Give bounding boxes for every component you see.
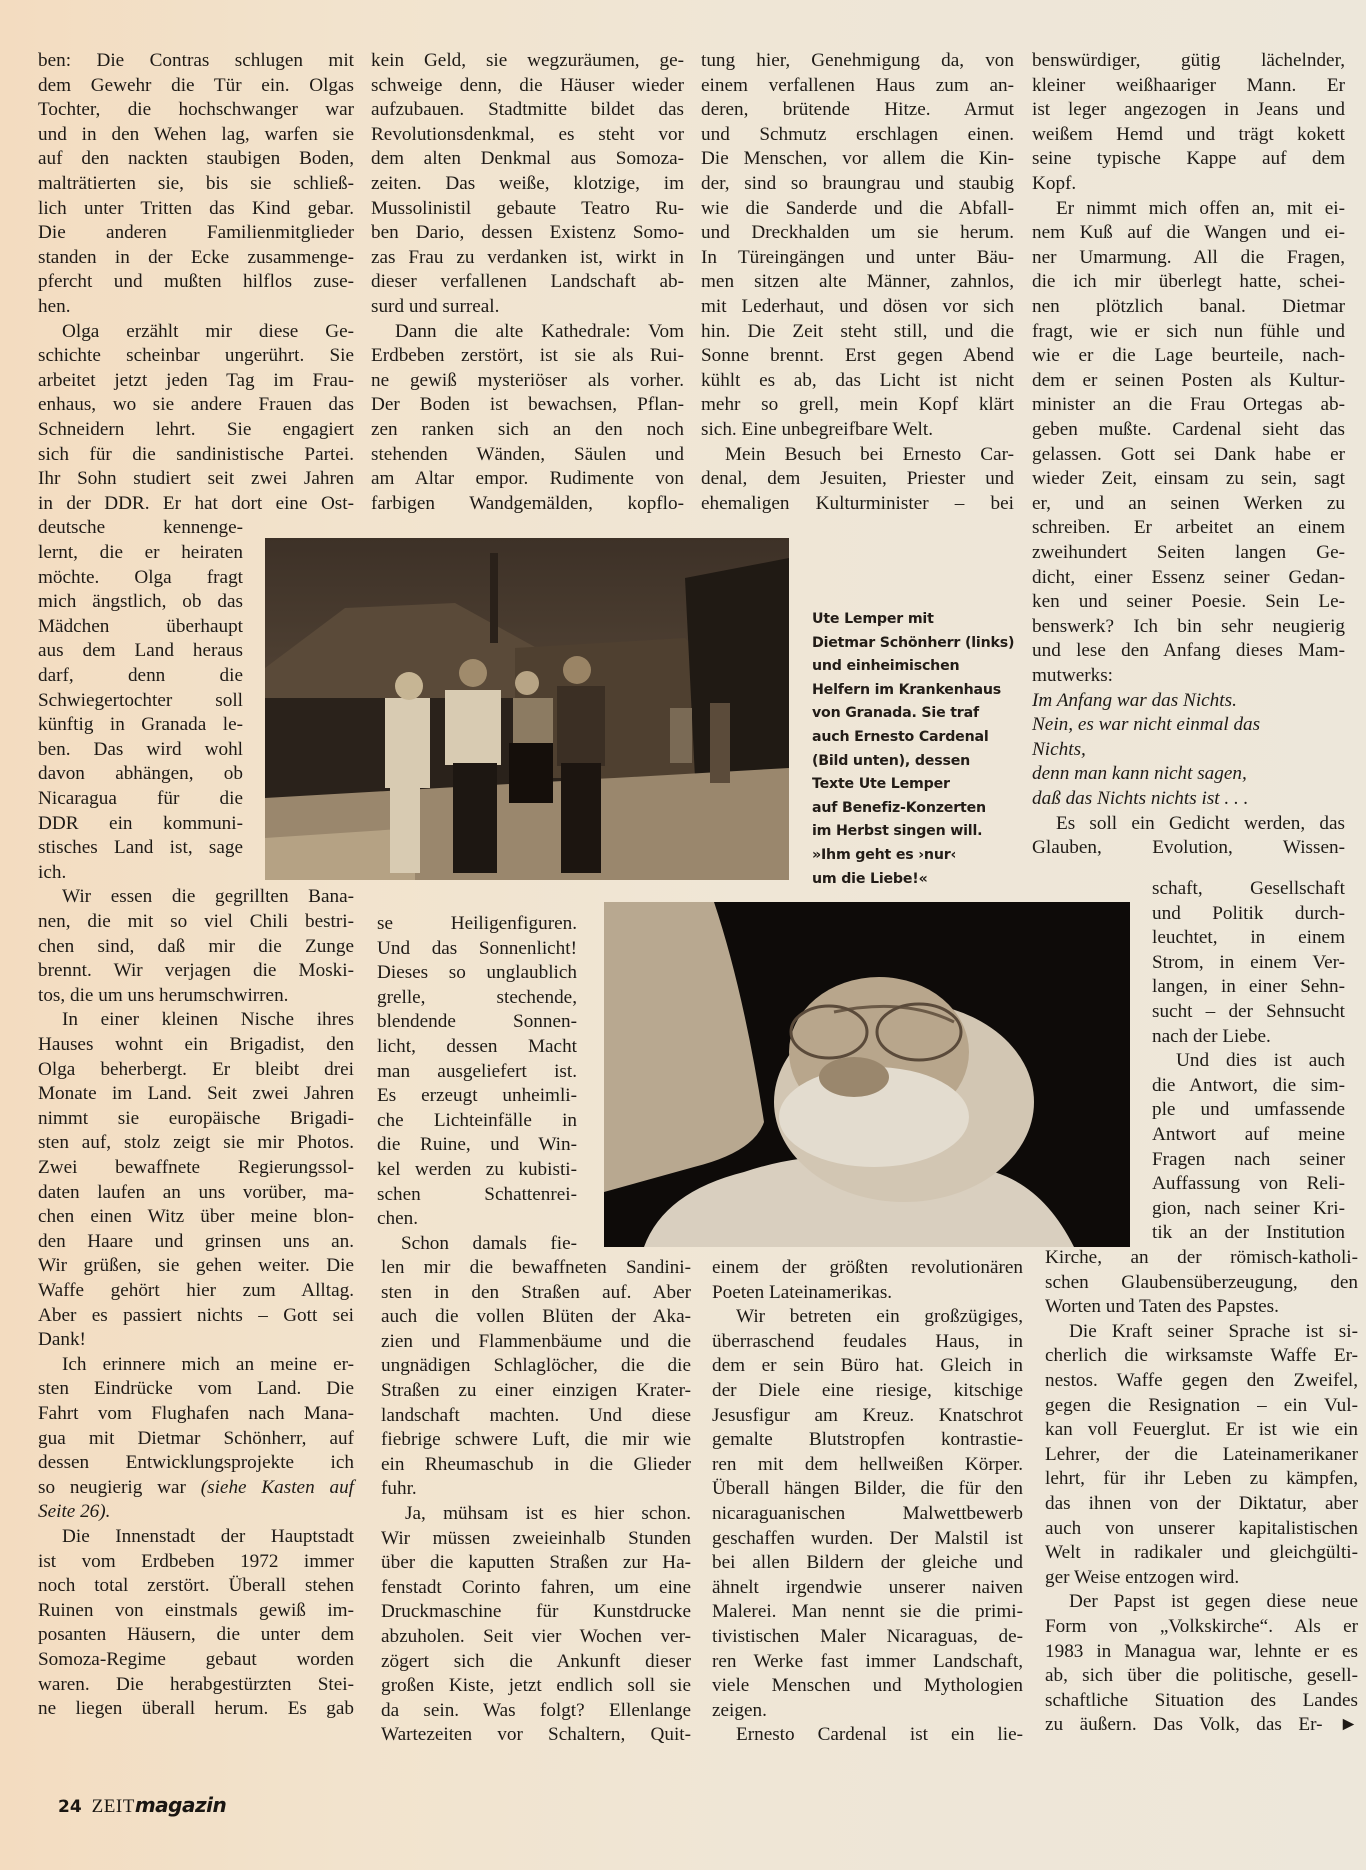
caption-line: Ute Lemper mit: [812, 608, 1027, 632]
text-line: mehr so grell, mein Kopf klärt: [701, 393, 1014, 418]
text-line: gion, nach seiner Kri-: [1152, 1197, 1345, 1222]
text-line: Mein Besuch bei Ernesto Car-: [725, 443, 1014, 468]
text-line: Wir müssen zweieinhalb Stunden: [381, 1527, 691, 1552]
text-line: Somoza-Regime gebaut worden: [38, 1648, 354, 1673]
text-line: In Türeingängen und unter Bäu-: [701, 246, 1014, 271]
text-line: Ernesto Cardenal ist ein lie-: [736, 1723, 1023, 1748]
text-line: Nein, es war nicht einmal das: [1032, 713, 1345, 738]
brand-magazin: magazin: [135, 1793, 226, 1817]
caption-line: (Bild unten), dessen: [812, 750, 1027, 774]
text-line: zu äußern. Das Volk, das Er- ►: [1045, 1713, 1358, 1738]
caption-line: auf Benefiz-Konzerten: [812, 797, 1027, 821]
text-line: das ihnen von der Diktatur, aber: [1045, 1492, 1358, 1517]
text-line: Fragen nach seiner: [1152, 1148, 1345, 1173]
text-line: viele Menschen und Mythologien: [712, 1674, 1023, 1699]
text-line: Olga beherbergt. Er bleibt drei: [38, 1058, 354, 1083]
text-line: chen.: [377, 1207, 577, 1232]
text-line: ist leger angezogen in Jeans und: [1032, 98, 1345, 123]
text-line: dem Gewehr die Tür ein. Olgas: [38, 74, 354, 99]
text-line: ab, sich über die politische, gesell-: [1045, 1664, 1358, 1689]
text-line: auf den nackten staubigen Boden,: [38, 147, 354, 172]
text-line: Jesusfigur am Kreuz. Knatschrot: [712, 1404, 1023, 1429]
text-line: geschaffen wurden. Der Malstil ist: [712, 1527, 1023, 1552]
text-line: Monate im Land. Seit zwei Jahren: [38, 1082, 354, 1107]
text-line: Er nimmt mich offen an, mit ei-: [1056, 197, 1345, 222]
text-line: In einer kleinen Nische ihres: [62, 1008, 354, 1033]
text-line: schreiben. Er arbeitet an einem: [1032, 516, 1345, 541]
caption-line: im Herbst singen will.: [812, 820, 1027, 844]
text-line: so neugierig war (siehe Kasten auf: [38, 1476, 354, 1501]
caption-line: auch Ernesto Cardenal: [812, 726, 1027, 750]
text-line: Dann die alte Kathedrale: Vom: [395, 320, 684, 345]
text-line: Wir essen die gegrillten Bana-: [62, 885, 354, 910]
text-line: sten in den Straßen auf. Aber: [381, 1281, 691, 1306]
text-line: auch die vollen Blüten der Aka-: [381, 1305, 691, 1330]
text-line: zeiten. Das weiße, klotzige, im: [371, 172, 684, 197]
text-line: Schneidern lehrt. Sie engagiert: [38, 418, 354, 443]
text-line: Im Anfang war das Nichts.: [1032, 689, 1345, 714]
text-line: farbigen Wandgemälden, kopflo-: [371, 492, 684, 517]
text-line: zien und Flammenbäume und die: [381, 1330, 691, 1355]
text-line: Schon damals fie-: [401, 1232, 577, 1257]
text-line: nestos. Waffe gegen den Zweifel,: [1045, 1369, 1358, 1394]
text-line: am Altar empor. Rudimente von: [371, 467, 684, 492]
text-line: großen Kiste, jetzt endlich soll sie: [381, 1674, 691, 1699]
text-line: nem Kuß auf die Wangen und ei-: [1032, 221, 1345, 246]
text-line: Aber es passiert nichts – Gott sei: [38, 1304, 354, 1329]
text-line: malträtierten sie, bis sie schließ-: [38, 172, 354, 197]
text-line: chen sind, daß mir die Zunge: [38, 935, 354, 960]
text-line: daten laufen an uns vorüber, ma-: [38, 1181, 354, 1206]
text-line: Ruinen von einstmals gewiß im-: [38, 1599, 354, 1624]
text-line: Ja, mühsam ist es hier schon.: [405, 1502, 691, 1527]
text-line: Dank!: [38, 1328, 354, 1353]
text-line: zögert sich die Ankunft dieser: [381, 1650, 691, 1675]
text-line: auch von unserer kapitalistischen: [1045, 1517, 1358, 1542]
text-line: Und dies ist auch: [1176, 1049, 1345, 1074]
text-line: nen plötzlich banal. Dietmar: [1032, 295, 1345, 320]
text-line: Malerei. Man nennt sie die primi-: [712, 1600, 1023, 1625]
text-line: grelle, stechende,: [377, 986, 577, 1011]
text-line: tos, die um uns herumschwirren.: [38, 984, 354, 1009]
text-line: man ausgeliefert ist.: [377, 1060, 577, 1085]
text-line: lernt, die er heiraten: [38, 541, 243, 566]
text-line: gegen die Resignation – ein Vul-: [1045, 1394, 1358, 1419]
text-line: Strom, in einem Ver-: [1152, 951, 1345, 976]
text-line: che Lichteinfälle in: [377, 1109, 577, 1134]
text-line: aus dem Land heraus: [38, 639, 243, 664]
text-line: lich unter Tritten das Kind gebar.: [38, 197, 354, 222]
text-line: in der DDR. Er hat dort eine Ost-: [38, 492, 354, 517]
brand-zeit: ZEIT: [92, 1796, 135, 1818]
text-line: men sitzen alte Männer, zahnlos,: [701, 270, 1014, 295]
text-line: schaftliche Situation des Landes: [1045, 1689, 1358, 1714]
text-line: Kopf.: [1032, 172, 1345, 197]
text-line: fiebrige schwere Luft, die mir wie: [381, 1428, 691, 1453]
text-line: überraschend feudales Haus, in: [712, 1330, 1023, 1355]
text-line: der, sind so braungrau und staubig: [701, 172, 1014, 197]
text-line: ken und seiner Poesie. Sein Le-: [1032, 590, 1345, 615]
text-line: Mädchen überhaupt: [38, 615, 243, 640]
text-line: tivistischen Maler Nicaraguas, de-: [712, 1625, 1023, 1650]
text-line: Wir grüßen, sie gehen weiter. Die: [38, 1254, 354, 1279]
page-number: 24: [58, 1797, 82, 1817]
text-line: 1983 in Managua war, lehnte er es: [1045, 1640, 1358, 1665]
text-line: waren. Die herabgestürzten Stei-: [38, 1673, 354, 1698]
text-line: über die kaputten Straßen zur Ha-: [381, 1551, 691, 1576]
text-line: der Diele eine riesige, kitschige: [712, 1379, 1023, 1404]
text-line: ben: Die Contras schlugen mit: [38, 49, 354, 74]
photo-caption: Ute Lemper mit Dietmar Schönherr (links)…: [812, 608, 1027, 891]
text-line: minister an die Frau Ortegas ab-: [1032, 393, 1345, 418]
text-line: deutsche kennenge-: [38, 516, 243, 541]
caption-line: von Granada. Sie traf: [812, 702, 1027, 726]
text-line: den Haare und grinsen uns an.: [38, 1230, 354, 1255]
text-line: wieder Zeit, einsam zu sein, sagt: [1032, 467, 1345, 492]
text-line: einem verfallenen Haus zum an-: [701, 74, 1014, 99]
text-line: Ich erinnere mich an meine er-: [62, 1353, 354, 1378]
text-line: dicht, einer Essenz seiner Gedan-: [1032, 566, 1345, 591]
text-line: daß das Nichts nichts ist . . .: [1032, 787, 1345, 812]
text-line: Glauben, Evolution, Wissen-: [1032, 836, 1345, 861]
text-line: und Politik durch-: [1152, 902, 1345, 927]
text-line: dem er seinen Posten als Kultur-: [1032, 369, 1345, 394]
text-line: tik an der Institution: [1152, 1221, 1345, 1246]
text-line: bei allen Bildern der gleiche und: [712, 1551, 1023, 1576]
text-line: wie die Sanderde und die Abfall-: [701, 197, 1014, 222]
text-line: tung hier, Genehmigung da, von: [701, 49, 1014, 74]
text-line: wie er die Lage beurteile, nach-: [1032, 344, 1345, 369]
text-line: Schwiegertochter soll: [38, 689, 243, 714]
text-line: ple und umfassende: [1152, 1098, 1345, 1123]
text-line: zen ranken sich an den noch: [371, 418, 684, 443]
text-line: standen in der Ecke zusammenge-: [38, 246, 354, 271]
text-line: Zwei bewaffnete Regierungssol-: [38, 1156, 354, 1181]
text-line: Wir betreten ein großzügiges,: [736, 1305, 1023, 1330]
text-line: zeigen.: [712, 1699, 1023, 1724]
text-line: kühlt es ab, das Licht ist nicht: [701, 369, 1014, 394]
text-line: langen, in einer Sehn-: [1152, 975, 1345, 1000]
text-line: die Ruine, und Win-: [377, 1133, 577, 1158]
reference-italic: (siehe Kasten auf: [201, 1477, 354, 1498]
text-line: Worten und Taten des Papstes.: [1045, 1295, 1358, 1320]
text-line: Die Innenstadt der Hauptstadt: [62, 1525, 354, 1550]
photo-ute-lemper-group: [265, 538, 789, 880]
text-line: einem der größten revolutionären: [712, 1256, 1023, 1281]
text-line: zas Frau zu verdanken ist, wirkt in: [371, 246, 684, 271]
text-line: ne gewiß mysteriöser als vorher.: [371, 369, 684, 394]
text-line: Antwort auf meine: [1152, 1123, 1345, 1148]
text-line: benswerk? Ich bin sehr neugierig: [1032, 615, 1345, 640]
text-line: stisches Land ist, sage: [38, 836, 243, 861]
text-line: Und das Sonnenlicht!: [377, 937, 577, 962]
text-line: Fahrt vom Flughafen nach Mana-: [38, 1402, 354, 1427]
text-line: Ihr Sohn studiert seit zwei Jahren: [38, 467, 354, 492]
text-line: Olga erzählt mir diese Ge-: [62, 320, 354, 345]
text-line: er, und an seinen Werken zu: [1032, 492, 1345, 517]
text-line: und Schmutz erschlagen einen.: [701, 123, 1014, 148]
text-line: Waffe gehört hier zum Alltag.: [38, 1279, 354, 1304]
text-line: fragt, wie er sich nun fühle und: [1032, 320, 1345, 345]
text-line: Auffassung von Reli-: [1152, 1172, 1345, 1197]
text-line: ehemaligen Kulturminister – bei: [701, 492, 1014, 517]
caption-line: Dietmar Schönherr (links): [812, 632, 1027, 656]
text-line: und Dreckhalden um sie herum.: [701, 221, 1014, 246]
text-line: mit Lederhaut, und dösen vor sich: [701, 295, 1014, 320]
text-line: da sein. Was folgt? Ellenlange: [381, 1699, 691, 1724]
text-line: schen Glaubensüberzeugung, den: [1045, 1271, 1358, 1296]
text-line: fenstadt Corinto fahren, um eine: [381, 1576, 691, 1601]
text-line: dieser verfallenen Landschaft ab-: [371, 270, 684, 295]
text-line: pfercht und mußten hilflos zuse-: [38, 270, 354, 295]
text-line: Mussolinistil gebaute Teatro Ru-: [371, 197, 684, 222]
text-line: deren, brütende Hitze. Armut: [701, 98, 1014, 123]
text-line: Sonne brennt. Erst gegen Abend: [701, 344, 1014, 369]
text-line: Lehrer, der die Lateinamerikaner: [1045, 1443, 1358, 1468]
text-line: leuchtet, in einem: [1152, 926, 1345, 951]
caption-line: Helfern im Krankenhaus: [812, 679, 1027, 703]
text-line: ner Umarmung. All die Fragen,: [1032, 246, 1345, 271]
text-line: enhaus, wo sie andere Frauen das: [38, 393, 354, 418]
text-line: schaft, Gesellschaft: [1152, 877, 1345, 902]
text-line: Hauses wohnt ein Brigadist, den: [38, 1033, 354, 1058]
text-line: dem er sein Büro hat. Gleich in: [712, 1354, 1023, 1379]
text-line: sten Eindrücke vom Land. Die: [38, 1377, 354, 1402]
text-line: gua mit Dietmar Schönherr, auf: [38, 1427, 354, 1452]
caption-line: und einheimischen: [812, 655, 1027, 679]
text-line: Form von „Volkskirche“. Als er: [1045, 1615, 1358, 1640]
text-line: möchte. Olga fragt: [38, 566, 243, 591]
text-line: seine typische Kappe auf dem: [1032, 147, 1345, 172]
text-line: schweige denn, die Häuser wieder: [371, 74, 684, 99]
text-line: Die Menschen, vor allem die Kin-: [701, 147, 1014, 172]
text-line: denal, dem Jesuiten, Priester und: [701, 467, 1014, 492]
text-line: Nicaragua für die: [38, 787, 243, 812]
text-line: len mir die bewaffneten Sandini-: [381, 1256, 691, 1281]
text-line: posanten Häusern, die unter dem: [38, 1623, 354, 1648]
text-line: nicaraguanischen Malwettbewerb: [712, 1502, 1023, 1527]
text-line: Druckmaschine für Kunstdrucke: [381, 1600, 691, 1625]
text-line: benswürdiger, gütig lächelnder,: [1032, 49, 1345, 74]
text-line: DDR ein kommuni-: [38, 812, 243, 837]
text-line: und lese den Anfang dieses Mam-: [1032, 639, 1345, 664]
text-line: kein Geld, sie wegzuräumen, ge-: [371, 49, 684, 74]
caption-line: Texte Ute Lemper: [812, 773, 1027, 797]
text-line: Es erzeugt unheimli-: [377, 1084, 577, 1109]
text-line: ungnädigen Schlaglöcher, die die: [381, 1354, 691, 1379]
text-line: nimmt sie europäische Brigadi-: [38, 1107, 354, 1132]
text-line: ähnelt irgendwie unserer naiven: [712, 1576, 1023, 1601]
text-line: licht, dessen Macht: [377, 1035, 577, 1060]
text-line: Poeten Lateinamerikas.: [712, 1281, 1023, 1306]
text-line: chen einen Witz über meine blon-: [38, 1205, 354, 1230]
text-line: ist vom Erdbeben 1972 immer: [38, 1550, 354, 1575]
text-line: Wartezeiten vor Schaltern, Quit-: [381, 1723, 691, 1748]
text-line: schichte scheinbar ungerührt. Sie: [38, 344, 354, 369]
text-line: kleiner weißhaariger Mann. Er: [1032, 74, 1345, 99]
text-line: kan voll Feuerglut. Er ist wie ein: [1045, 1418, 1358, 1443]
text-line: Die Kraft seiner Sprache ist si-: [1069, 1320, 1358, 1345]
text-line: weißem Hemd und trägt kokett: [1032, 123, 1345, 148]
text-line: schen Schattenrei-: [377, 1183, 577, 1208]
page-footer: 24 ZEIT magazin: [58, 1793, 226, 1818]
text-line: ein Rheumaschub in die Glieder: [381, 1453, 691, 1478]
text-line: ne liegen überall herum. Es gab: [38, 1697, 354, 1722]
text-line: brennt. Wir verjagen die Moski-: [38, 959, 354, 984]
text-line: blendende Sonnen-: [377, 1010, 577, 1035]
text-line: surd und surreal.: [371, 295, 684, 320]
text-line: davon abhängen, ob: [38, 762, 243, 787]
text-line: ben. Das wird wohl: [38, 738, 243, 763]
text-line: hen.: [38, 295, 354, 320]
text-line: Der Papst ist gegen diese neue: [1069, 1590, 1358, 1615]
text-line: gemalte Blutstropfen kontrastie-: [712, 1428, 1023, 1453]
text-line: landschaft machten. Und diese: [381, 1404, 691, 1429]
caption-line: um die Liebe!«: [812, 868, 1027, 892]
text-line: Tochter, die hochschwanger war: [38, 98, 354, 123]
text-line: hin. Die Zeit steht still, und die: [701, 320, 1014, 345]
text-line: ben Dario, dessen Existenz Somo-: [371, 221, 684, 246]
text-line: aufzubauen. Stadtmitte bildet das: [371, 98, 684, 123]
text-line: abzuholen. Seit vier Wochen ver-: [381, 1625, 691, 1650]
text-line: Kirche, an der römisch-katholi-: [1045, 1246, 1358, 1271]
text-line: Welt in radikaler und gleichgülti-: [1045, 1541, 1358, 1566]
text-line: Es soll ein Gedicht werden, das: [1056, 812, 1345, 837]
text-line: darf, denn die: [38, 664, 243, 689]
text-line: die Antwort, die sim-: [1152, 1074, 1345, 1099]
text-line: künftig in Granada le-: [38, 713, 243, 738]
text-line: sucht – der Sehnsucht: [1152, 1000, 1345, 1025]
text-line: cherlich die wirksamste Waffe Er-: [1045, 1344, 1358, 1369]
text-line: Dieses so unglaublich: [377, 961, 577, 986]
text-line: Erdbeben zerstört, ist sie als Rui-: [371, 344, 684, 369]
text-line: dem alten Denkmal aus Somoza-: [371, 147, 684, 172]
text-line: sich für die sandinistische Partei.: [38, 443, 354, 468]
text-line: arbeitet jetzt jeden Tag im Frau-: [38, 369, 354, 394]
caption-line: »Ihm geht es ›nur‹: [812, 844, 1027, 868]
text-line: Der Boden ist bewachsen, Pflan-: [371, 393, 684, 418]
text-line: ger Weise entzogen wird.: [1045, 1566, 1358, 1591]
text-line: ren mit dem hellweißen Körper.: [712, 1453, 1023, 1478]
text-line: fuhr.: [381, 1477, 691, 1502]
text-line: mich ängstlich, ob das: [38, 590, 243, 615]
text-line: lehrt, für ihr Leben zu kämpfen,: [1045, 1467, 1358, 1492]
text-line: noch total zerstört. Überall stehen: [38, 1574, 354, 1599]
text-line: und in den Wehen lag, warfen sie: [38, 123, 354, 148]
text-line: Straßen zu einer einzigen Krater-: [381, 1379, 691, 1404]
text-line: Nichts,: [1032, 738, 1345, 763]
text-line: dessen Entwicklungsprojekte ich: [38, 1451, 354, 1476]
text-line: stehenden Wänden, Säulen und: [371, 443, 684, 468]
text-line: Die anderen Familienmitglieder: [38, 221, 354, 246]
photo-ernesto-cardenal: [604, 902, 1130, 1247]
text-line: sten auf, stolz zeigt sie mir Photos.: [38, 1131, 354, 1156]
text-line: gelassen. Gott sei Dank habe er: [1032, 443, 1345, 468]
text-line: zweihundert Seiten langen Ge-: [1032, 541, 1345, 566]
text-line: nen, die mit so viel Chili bestri-: [38, 910, 354, 935]
text-line: sich. Eine unbegreifbare Welt.: [701, 418, 1014, 443]
text-line: mutwerks:: [1032, 664, 1345, 689]
photo-group-image: [265, 538, 789, 880]
text-line: se Heiligenfiguren.: [377, 912, 577, 937]
text-line: Seite 26).: [38, 1500, 354, 1525]
text-line: nach der Liebe.: [1152, 1025, 1345, 1050]
text-line: kel werden zu kubisti-: [377, 1158, 577, 1183]
text-line: Revolutionsdenkmal, es steht vor: [371, 123, 684, 148]
text-line: Überall hängen Bilder, die für den: [712, 1477, 1023, 1502]
text-line: denn man kann nicht sagen,: [1032, 762, 1345, 787]
text-line: geben mußte. Cardenal sieht das: [1032, 418, 1345, 443]
text-line: die ich mir überlegt hatte, schei-: [1032, 270, 1345, 295]
text-line: ren Werke fast immer Landschaft,: [712, 1650, 1023, 1675]
photo-portrait-image: [604, 902, 1130, 1247]
